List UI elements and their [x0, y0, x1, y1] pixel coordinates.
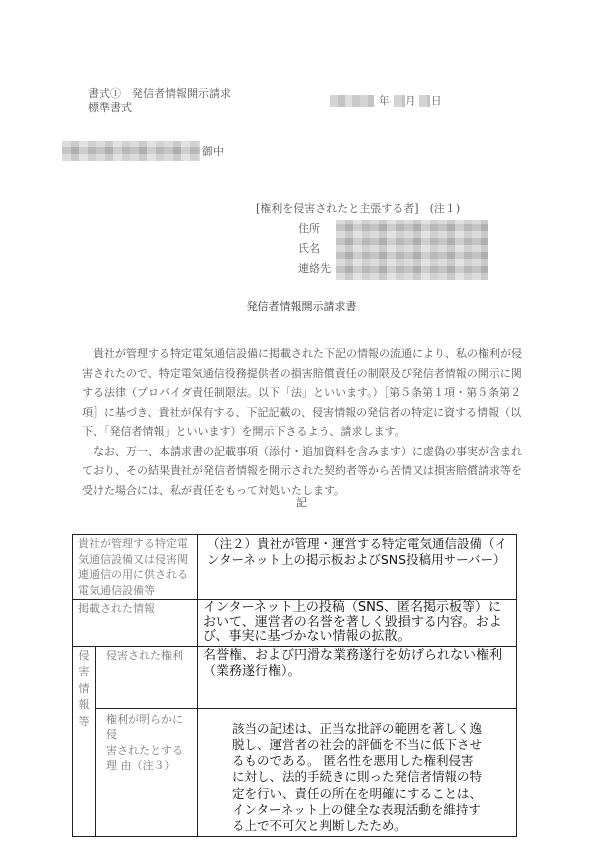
table-row-posted-info: 掲載された情報 インターネット上の投稿（SNS、匿名掲示板等）において、運営者の… [73, 600, 517, 647]
table-row-reason: 権利が明らかに 侵 害されたとする 理 由（注３） 該当の記述は、正当な批評の範… [73, 708, 517, 836]
group-char: 情 [77, 681, 91, 698]
group-char: 報 [77, 697, 91, 714]
table-row-infringed-right: 侵 害 情 報 等 侵害された権利 名誉権、および円滑な業務遂行を妨げられない権… [73, 646, 517, 708]
group-char: 害 [77, 664, 91, 681]
paragraph-request: 貴社が管理する特定電気通信設備に掲載された下記の情報の流通により、私の権利が侵害… [82, 344, 530, 442]
reason-label-line: 侵 [106, 727, 192, 743]
claimant-heading: [権利を侵害されたと主張する者] (注１) [256, 202, 460, 216]
reason-label-line: 理 由（注３） [106, 758, 192, 774]
reason-line: るものである。 匿名性を悪用した権利侵害 [232, 753, 511, 769]
reason-line: 定を行い、責任の所在を明確にすることは、 [232, 786, 511, 802]
redacted-day [419, 95, 430, 107]
reason-label-line: 害されたとする [106, 743, 192, 759]
address-label: 住所 [298, 222, 320, 236]
reason-line: る上で不可欠と判断したため。 [232, 818, 511, 834]
group-char: 等 [77, 714, 91, 731]
document-title: 発信者情報開示請求書 [0, 298, 603, 314]
facility-label: 貴社が管理する特定電気通信設備又は侵害関連通信の用に供される電気通信設備等 [73, 535, 198, 600]
posted-info-value: インターネット上の投稿（SNS、匿名掲示板等）において、運営者の名誉を著しく毀損… [198, 600, 517, 647]
request-details-table: 貴社が管理する特定電気通信設備又は侵害関連通信の用に供される電気通信設備等 （注… [72, 534, 517, 837]
reason-line: 該当の記述は、正当な批評の範囲を著しく逸 [232, 721, 511, 737]
group-char: 侵 [77, 648, 91, 665]
request-body: 貴社が管理する特定電気通信設備に掲載された下記の情報の流通により、私の権利が侵害… [82, 344, 530, 500]
reason-label: 権利が明らかに 侵 害されたとする 理 由（注３） [96, 708, 198, 836]
reason-line: 脱し、運営者の社会的評価を不当に低下させ [232, 737, 511, 753]
redacted-month [394, 95, 405, 107]
reason-value: 該当の記述は、正当な批評の範囲を著しく逸 脱し、運営者の社会的評価を不当に低下さ… [198, 708, 517, 836]
posted-info-label: 掲載された情報 [73, 600, 198, 647]
infringed-right-value: 名誉権、および円滑な業務遂行を妨げられない権利（業務遂行権）。 [198, 646, 517, 708]
facility-value: （注２）貴社が管理・運営する特定電気通信設備（インターネット上の掲示板およびSN… [198, 535, 517, 600]
table-row-facility: 貴社が管理する特定電気通信設備又は侵害関連通信の用に供される電気通信設備等 （注… [73, 535, 517, 600]
reason-line: に対し、法的手続きに則った発信者情報の特 [232, 769, 511, 785]
infringed-right-label: 侵害された権利 [96, 646, 198, 708]
month-suffix: 月 [405, 94, 416, 108]
infringement-group-label: 侵 害 情 報 等 [73, 646, 96, 836]
redacted-recipient [62, 141, 200, 161]
reason-label-line: 権利が明らかに [106, 712, 192, 728]
day-suffix: 日 [431, 94, 442, 108]
standard-form-label: 標準書式 [88, 101, 132, 115]
redacted-year [330, 95, 374, 107]
name-label: 氏名 [298, 242, 320, 256]
redacted-claimant-info [336, 220, 488, 280]
ki-marker: 記 [0, 494, 603, 510]
year-suffix: 年 [379, 94, 390, 108]
contact-label: 連絡先 [298, 262, 331, 276]
paragraph-liability: なお、万一、本請求書の記載事項（添付・追加資料を含みます）に虚偽の事実が含まれて… [82, 442, 530, 501]
recipient-suffix: 御中 [202, 145, 224, 159]
reason-line: インターネット上の健全な表現活動を維持す [232, 802, 511, 818]
form-label: 書式① 発信者情報開示請求 [88, 87, 231, 101]
